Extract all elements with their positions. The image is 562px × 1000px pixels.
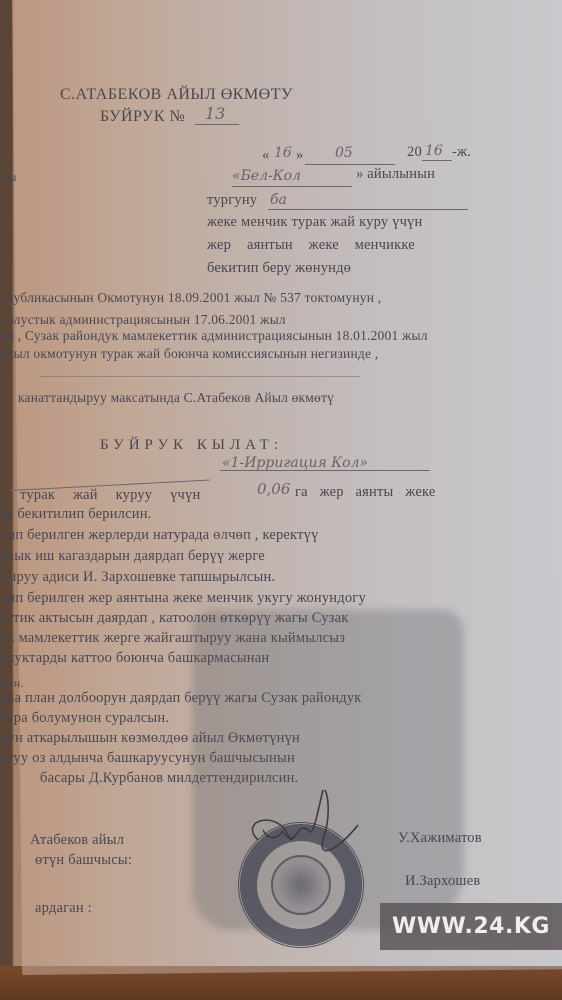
org-title: С.АТАБЕКОВ АЙЫЛ ӨКМӨТУ [60, 86, 293, 104]
preamble-line-5: канаттандыруу максатында С.Атабеков Айыл… [18, 390, 334, 406]
body-line-4: алык иш кагаздарын даярдап берүү жерге [0, 548, 265, 565]
signatory-name-2: И.Зархошев [405, 873, 480, 890]
body-line-2: ке бекитилип берилсин. [0, 506, 152, 523]
left-title-1: Атабеков айыл [30, 832, 124, 849]
body-line-6: лип берилген жер аянтына жеке менчик уку… [0, 590, 366, 607]
order-title: БУЙРУК КЫЛАТ: [100, 437, 283, 454]
body-line-12: тура болумунон суралсын. [0, 710, 169, 727]
subject-line-2: жер аянтын жеке менчикке [207, 237, 415, 254]
body-line-1: турак жай куруу үчүн [20, 487, 200, 504]
body-line-1b: га жер аянты жеке [295, 484, 436, 501]
signature-icon [238, 790, 368, 880]
order-number: 13 [205, 104, 225, 123]
body-line-5: тыруу адиси И. Зархошевке тапшырылсын. [0, 569, 275, 586]
village-suffix: » айылынын [356, 166, 435, 183]
order-label: БУЙРУК № [100, 108, 185, 126]
margin-fragment: ды [2, 170, 17, 185]
resident-label: тургуну [207, 192, 257, 209]
village-name: «Бел-Кол [232, 168, 301, 184]
resident-name: ба [270, 192, 287, 208]
preamble-line-4: айыл окмотунун турак жай боюнча комиссия… [0, 346, 378, 362]
left-title-2: өтүн башчысы: [35, 852, 132, 869]
body-line-10: сын. [0, 676, 24, 691]
preamble-line-3: ки , Сузак райондук мамлекеттик админист… [0, 328, 428, 344]
watermark: WWW.24.KG [380, 903, 562, 950]
body-line-3: лип берилген жерлерди натурада өлчөп , к… [0, 527, 319, 544]
preamble-line-2: облустык администрациясынын 17.06.2001 ж… [0, 312, 286, 328]
place-name: «1-Ирригация Кол» [222, 455, 368, 471]
signatory-name-1: У.Хажиматов [398, 830, 482, 847]
date-day: 16 [274, 145, 292, 161]
date-month: 05 [335, 145, 353, 161]
date-year: 16 [425, 143, 443, 159]
subject-line-3: бекитип беру жөнундө [207, 260, 351, 277]
subject-line-1: жеке менчик турак жай куру үчүн [207, 214, 422, 231]
area-value: 0,06 [257, 480, 290, 498]
preamble-line-1: спубликасынын Окмотунун 18.09.2001 жыл №… [0, 290, 381, 306]
left-title-3: ардаган : [35, 900, 92, 917]
